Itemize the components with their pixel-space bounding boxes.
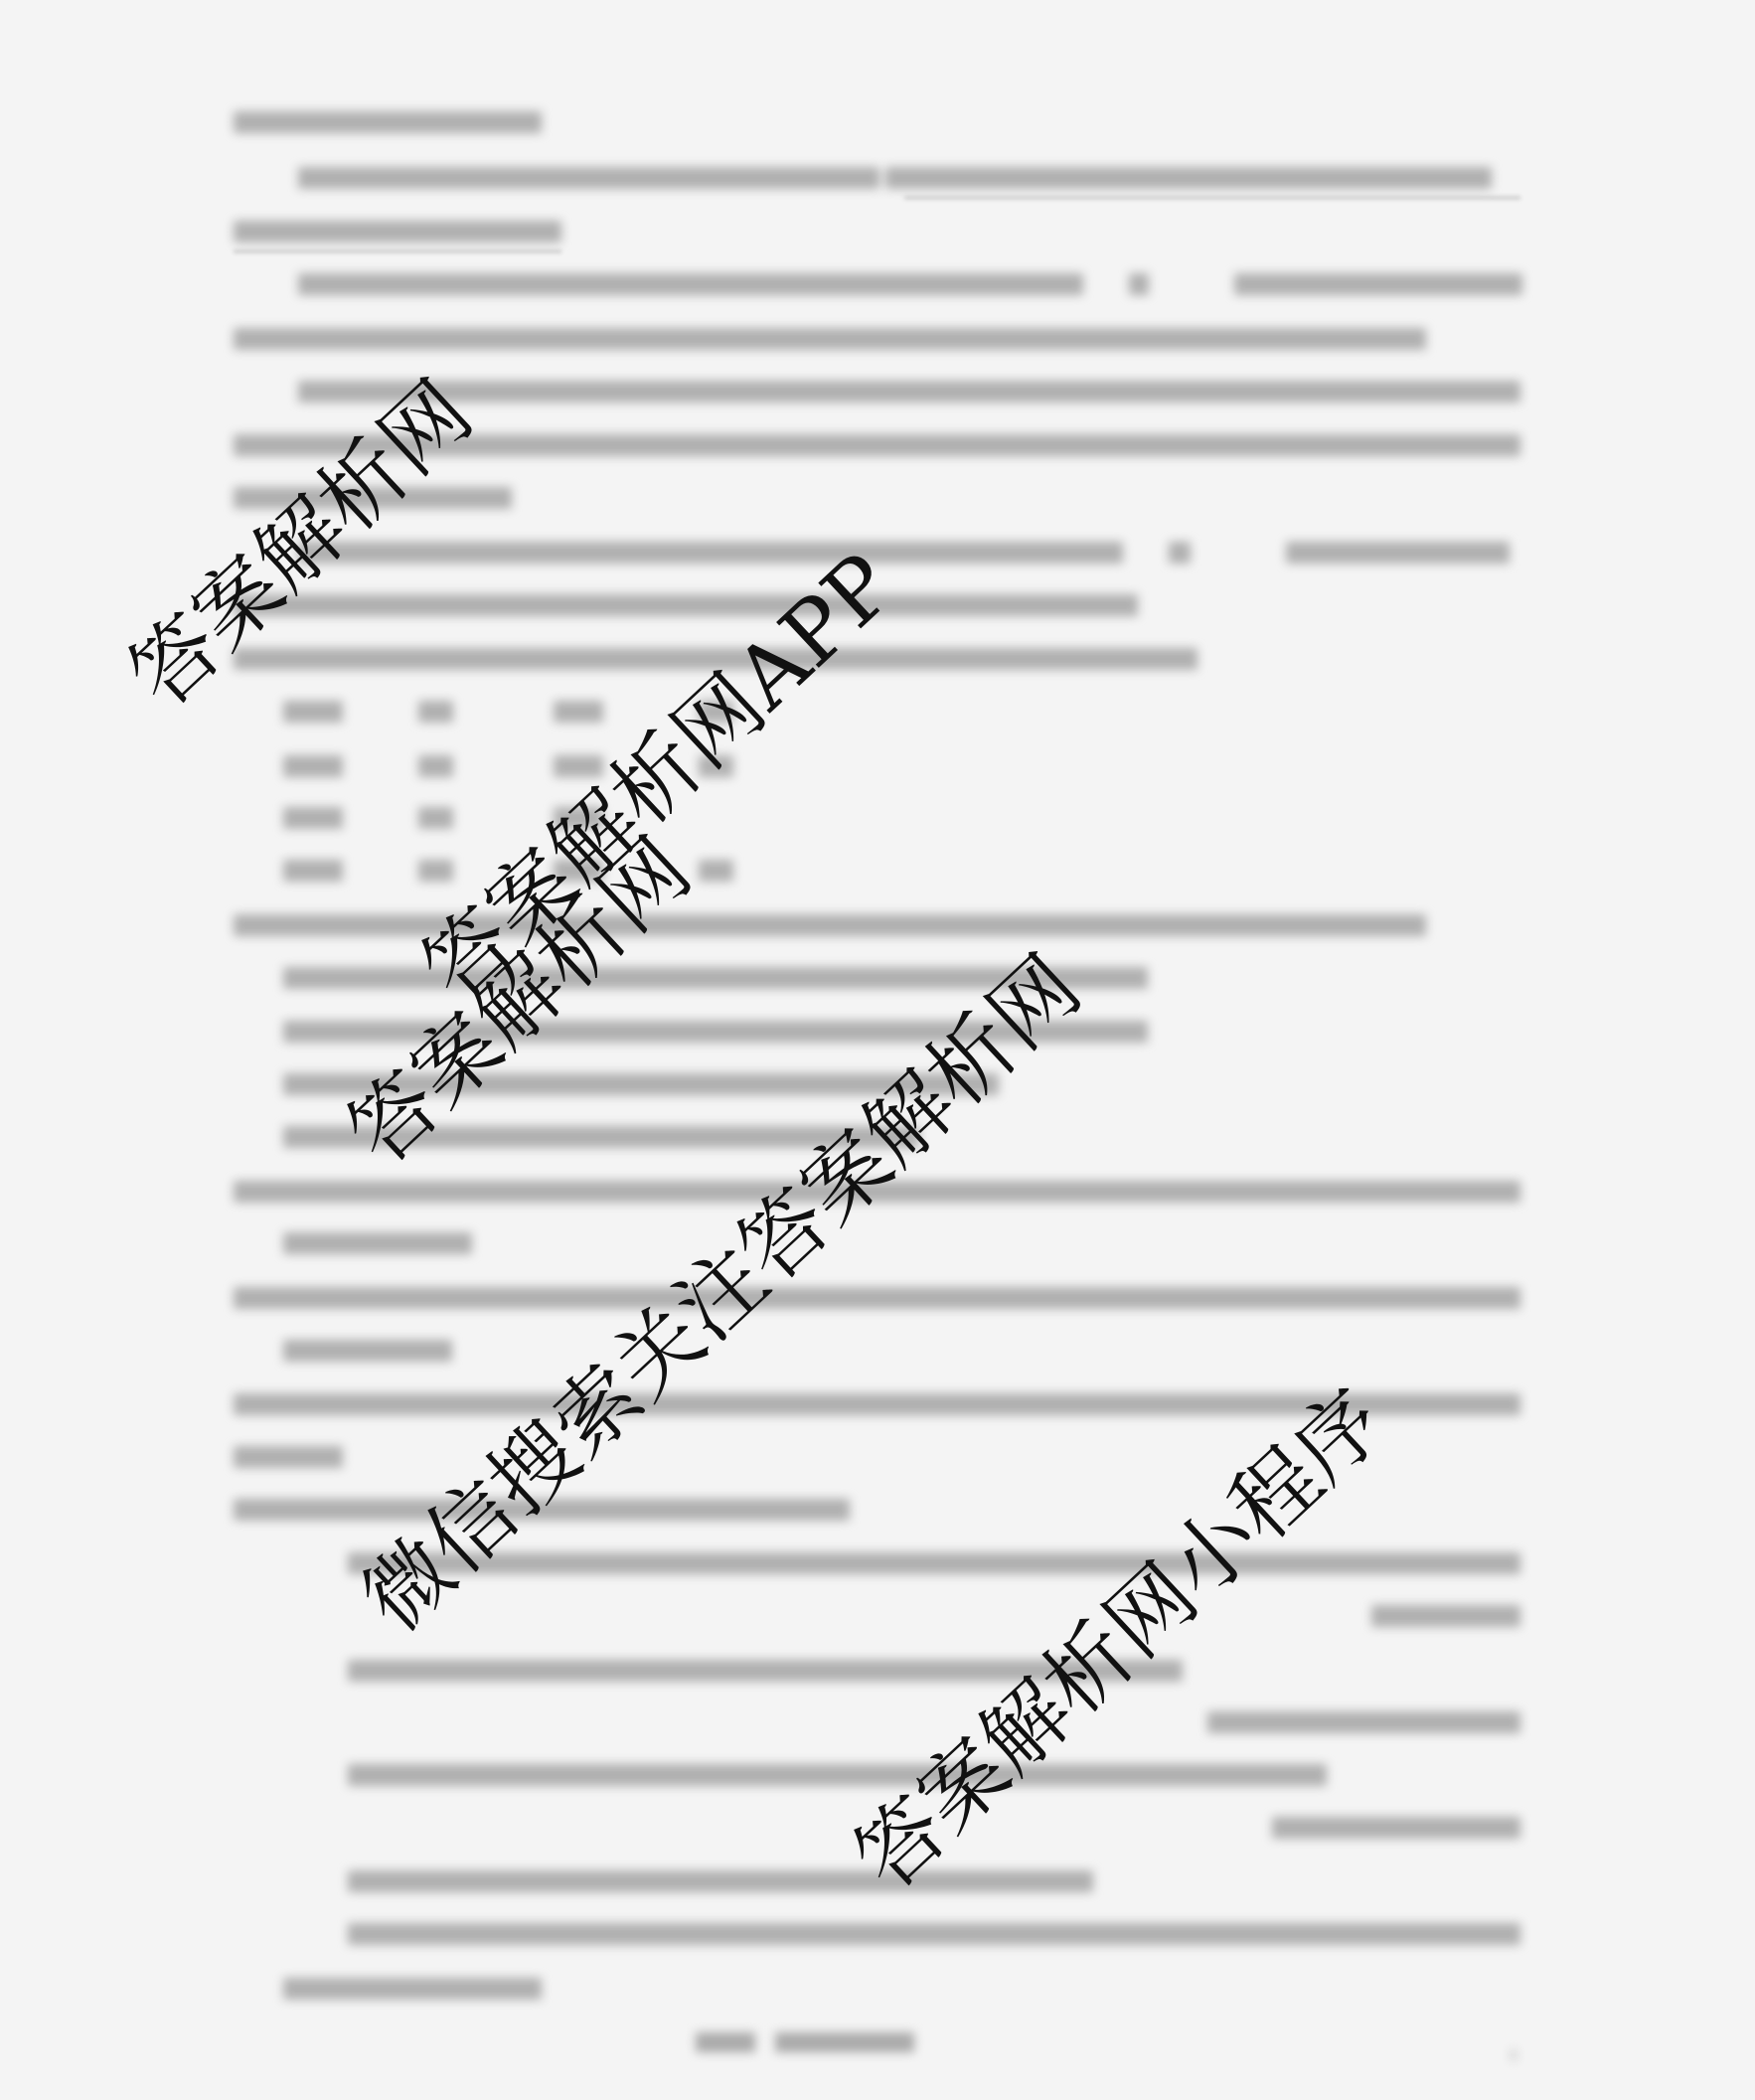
quote-source — [1371, 1605, 1526, 1627]
question-line — [234, 1287, 1526, 1309]
text-line — [283, 1232, 478, 1254]
page-corner-mark — [1511, 2045, 1516, 2064]
text-line — [234, 328, 1432, 350]
quote-source — [1207, 1711, 1526, 1733]
quote-source — [1272, 1817, 1526, 1839]
page-footer — [696, 2032, 914, 2056]
text-line — [298, 167, 1498, 189]
quote-line — [348, 1552, 1526, 1574]
text-line — [298, 381, 1526, 403]
text-line — [348, 1870, 1099, 1892]
question-line — [234, 914, 1432, 936]
text-line — [234, 1446, 349, 1468]
quote-line — [348, 1764, 1333, 1786]
text-line — [234, 221, 567, 242]
text-line — [298, 542, 1516, 564]
text-line — [283, 1340, 458, 1362]
text-line — [348, 1923, 1526, 1945]
text-line — [234, 594, 1144, 616]
text-line — [283, 1978, 548, 2000]
exam-page: 答案解析网 答案解析网APP 答案解析网 微信搜索关注答案解析网 答案解析网小程… — [0, 0, 1755, 2100]
text-line — [298, 273, 1528, 295]
text-line — [234, 111, 548, 133]
